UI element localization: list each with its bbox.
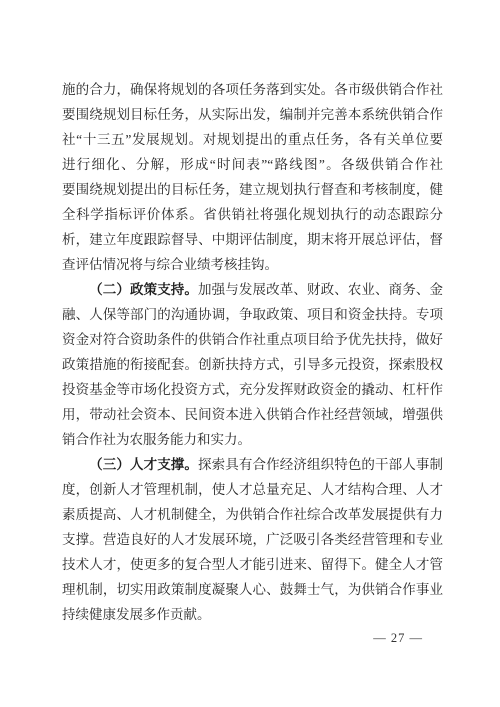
body-line: 支撑。营造良好的人才发展环境，广泛吸引各类经营管理和专业 [62, 527, 443, 552]
paragraph-indent [62, 293, 89, 294]
body-line: 素质提高、人才机制健全，为供销合作社综合改革发展提供有力 [62, 502, 443, 527]
body-line: 理机制，切实用政策制度凝聚人心、鼓舞士气，为供销合作事业 [62, 577, 443, 602]
body-line: 政策措施的衔接配套。创新扶持方式，引导多元投资，探索股权 [62, 352, 443, 377]
body-line: 全科学指标评价体系。省供销社将强化规划执行的动态跟踪分 [62, 202, 443, 227]
body-line: 度，创新人才管理机制，使人才总量充足、人才结构合理、人才 [62, 477, 443, 502]
body-line: 进行细化、分解，形成“时间表”“路线图”。各级供销合作社 [62, 152, 443, 177]
section-first-line-text: 探索具有合作经济组织特色的干部人事制 [198, 457, 443, 472]
section-heading-talent-support: （三）人才支撑。 [89, 457, 198, 472]
body-line: 销合作社为农服务能力和实力。 [62, 427, 443, 452]
body-line: 要围绕规划提出的目标任务，建立规划执行督查和考核制度，健 [62, 177, 443, 202]
section-heading-policy-support: （二）政策支持。 [89, 282, 198, 297]
body-line: 技术人才，使更多的复合型人才能引进来、留得下。健全人才管 [62, 552, 443, 577]
body-line: 查评估情况将与综合业绩考核挂钩。 [62, 252, 443, 277]
section-first-line-text: 加强与发展改革、财政、农业、商务、金 [198, 282, 443, 297]
page-number: — 27 — [373, 630, 423, 646]
body-line: 资金对符合资助条件的供销合作社重点项目给予优先扶持，做好 [62, 327, 443, 352]
body-line: （二）政策支持。加强与发展改革、财政、农业、商务、金 [62, 277, 443, 302]
body-line: （三）人才支撑。探索具有合作经济组织特色的干部人事制 [62, 452, 443, 477]
document-body: 施的合力，确保将规划的各项任务落到实处。各市级供销合作社 要围绕规划目标任务，从… [62, 77, 443, 627]
body-line: 投资基金等市场化投资方式，充分发挥财政资金的撬动、杠杆作 [62, 377, 443, 402]
document-page: 施的合力，确保将规划的各项任务落到实处。各市级供销合作社 要围绕规划目标任务，从… [0, 0, 500, 707]
body-line: 施的合力，确保将规划的各项任务落到实处。各市级供销合作社 [62, 77, 443, 102]
body-line: 融、人保等部门的沟通协调，争取政策、项目和资金扶持。专项 [62, 302, 443, 327]
body-line: 社“十三五”发展规划。对规划提出的重点任务，各有关单位要 [62, 127, 443, 152]
body-line: 持续健康发展多作贡献。 [62, 602, 443, 627]
body-line: 要围绕规划目标任务，从实际出发，编制并完善本系统供销合作 [62, 102, 443, 127]
body-line: 析，建立年度跟踪督导、中期评估制度，期末将开展总评估，督 [62, 227, 443, 252]
body-line: 用，带动社会资本、民间资本进入供销合作社经营领域，增强供 [62, 402, 443, 427]
paragraph-indent [62, 468, 89, 469]
